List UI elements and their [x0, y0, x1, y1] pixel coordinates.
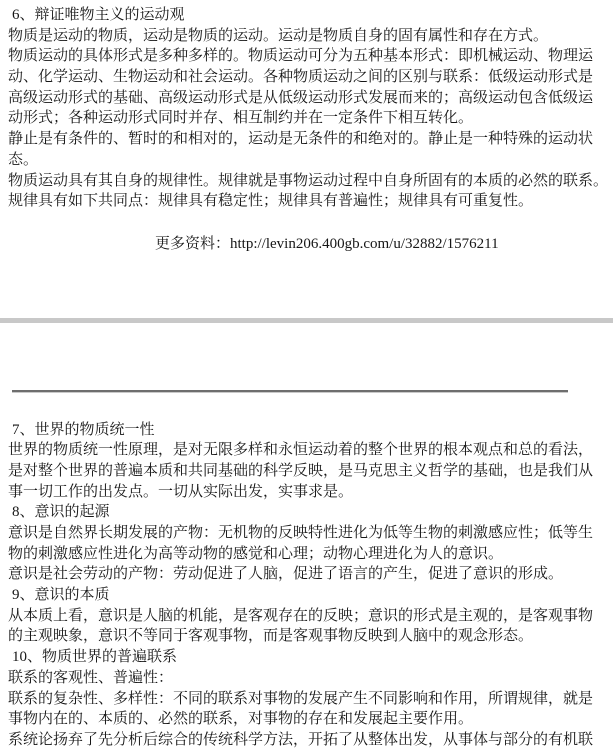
text-line: 联系的客观性、普遍性：	[8, 668, 613, 689]
text-line: 态。	[8, 150, 613, 171]
resource-label: 更多资料：	[155, 236, 230, 252]
heading-line: 7、世界的物质统一性	[8, 420, 613, 441]
page1-text-block: 6、辩证唯物主义的运动观 物质是运动的物质，运动是物质的运动。运动是物质自身的固…	[0, 0, 613, 212]
text-line: 动形式；各种运动形式同时并存、相互制约并在一定条件下相互转化。	[8, 108, 613, 129]
text-line: 规律具有如下共同点：规律具有稳定性；规律具有普遍性；规律具有可重复性。	[8, 191, 613, 212]
heading-line: 6、辩证唯物主义的运动观	[8, 5, 613, 26]
heading-line: 8、意识的起源	[8, 502, 613, 523]
text-line: 是对整个世界的普遍本质和共同基础的科学反映，是马克思主义哲学的基础，也是我们从	[8, 461, 613, 482]
text-line: 从本质上看，意识是人脑的机能，是客观存在的反映；意识的形式是主观的，是客观事物	[8, 606, 613, 627]
text-line: 物质运动的具体形式是多种多样的。物质运动可分为五种基本形式：即机械运动、物理运	[8, 46, 613, 67]
text-line: 世界的物质统一性原理，是对无限多样和永恒运动着的整个世界的根本观点和总的看法，	[8, 440, 613, 461]
heading-line: 10、物质世界的普遍联系	[8, 647, 613, 668]
text-line: 事物内在的、本质的、必然的联系，对事物的存在和发展起主要作用。	[8, 709, 613, 730]
text-line: 高级运动形式的基础、高级运动形式是从低级运动形式发展而来的；高级运动包含低级运	[8, 88, 613, 109]
page-2: 7、世界的物质统一性 世界的物质统一性原理，是对无限多样和永恒运动着的整个世界的…	[0, 390, 613, 748]
text-line: 的主观映象，意识不等同于客观事物，而是客观事物反映到人脑中的观念形态。	[8, 626, 613, 647]
text-line: 静止是有条件的、暂时的和相对的，运动是无条件的和绝对的。静止是一种特殊的运动状	[8, 129, 613, 150]
text-line: 事一切工作的出发点。一切从实际出发，实事求是。	[8, 482, 613, 503]
resource-link-line: 更多资料：http://levin206.400gb.com/u/32882/1…	[0, 234, 613, 255]
text-line: 物质是运动的物质，运动是物质的运动。运动是物质自身的固有属性和存在方式。	[8, 26, 613, 47]
resource-url[interactable]: http://levin206.400gb.com/u/32882/157621…	[230, 236, 499, 252]
text-line: 联系的复杂性、多样性：不同的联系对事物的发展产生不同影响和作用，所谓规律，就是	[8, 689, 613, 710]
text-line: 意识是社会劳动的产物：劳动促进了人脑，促进了语言的产生，促进了意识的形成。	[8, 564, 613, 585]
page2-text-block: 7、世界的物质统一性 世界的物质统一性原理，是对无限多样和永恒运动着的整个世界的…	[0, 420, 613, 748]
text-line: 意识是自然界长期发展的产物：无机物的反映特性进化为低等生物的刺激感应性；低等生	[8, 523, 613, 544]
page-break-bar	[0, 318, 613, 323]
page-1: 6、辩证唯物主义的运动观 物质是运动的物质，运动是物质的运动。运动是物质自身的固…	[0, 0, 613, 255]
text-line: 物的刺激感应性进化为高等动物的感觉和心理；动物心理进化为人的意识。	[8, 544, 613, 565]
text-line: 系统论扬弃了先分析后综合的传统科学方法，开拓了从整体出发，从事体与部分的有机联	[8, 730, 613, 748]
text-line: 动、化学运动、生物运动和社会运动。各种物质运动之间的区别与联系：低级运动形式是	[8, 67, 613, 88]
horizontal-rule	[12, 390, 568, 393]
document-viewer: { "document": { "colors": { "text": "#16…	[0, 0, 613, 748]
text-line: 物质运动具有其自身的规律性。规律就是事物运动过程中自身所固有的本质的必然的联系。	[8, 171, 613, 192]
heading-line: 9、意识的本质	[8, 585, 613, 606]
